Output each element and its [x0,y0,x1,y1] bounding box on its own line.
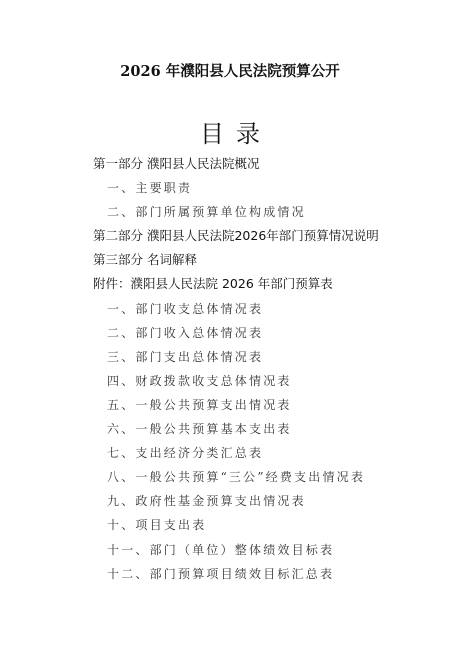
document-title: 2026 年濮阳县人民法院预算公开 [0,60,460,81]
toc-appendix[interactable]: 附件：濮阳县人民法院 2026 年部门预算表 [93,274,433,298]
toc-heading: 目录 [0,114,460,149]
toc-table-2[interactable]: 二、部门收入总体情况表 [93,323,433,347]
toc-table-11[interactable]: 十一、部门（单位）整体绩效目标表 [93,540,433,564]
toc-table-1[interactable]: 一、部门收支总体情况表 [93,299,433,323]
toc-table-4[interactable]: 四、财政拨款收支总体情况表 [93,371,433,395]
toc-table-12[interactable]: 十二、部门预算项目绩效目标汇总表 [93,564,433,588]
toc-item-main-duties[interactable]: 一、主要职责 [93,178,433,202]
toc-item-unit-composition[interactable]: 二、部门所属预算单位构成情况 [93,202,433,226]
toc-part-1[interactable]: 第一部分 濮阳县人民法院概况 [93,154,433,178]
toc-part-3[interactable]: 第三部分 名词解释 [93,250,433,274]
table-of-contents: 第一部分 濮阳县人民法院概况 一、主要职责 二、部门所属预算单位构成情况 第二部… [93,154,433,588]
toc-table-3[interactable]: 三、部门支出总体情况表 [93,347,433,371]
toc-table-7[interactable]: 七、支出经济分类汇总表 [93,443,433,467]
toc-table-8[interactable]: 八、一般公共预算“三公”经费支出情况表 [93,467,433,491]
toc-table-6[interactable]: 六、一般公共预算基本支出表 [93,419,433,443]
toc-table-5[interactable]: 五、一般公共预算支出情况表 [93,395,433,419]
document-page: 2026 年濮阳县人民法院预算公开 目录 第一部分 濮阳县人民法院概况 一、主要… [0,0,460,650]
toc-part-2[interactable]: 第二部分 濮阳县人民法院2026年部门预算情况说明 [93,226,433,250]
toc-table-9[interactable]: 九、政府性基金预算支出情况表 [93,491,433,515]
toc-table-10[interactable]: 十、项目支出表 [93,515,433,539]
